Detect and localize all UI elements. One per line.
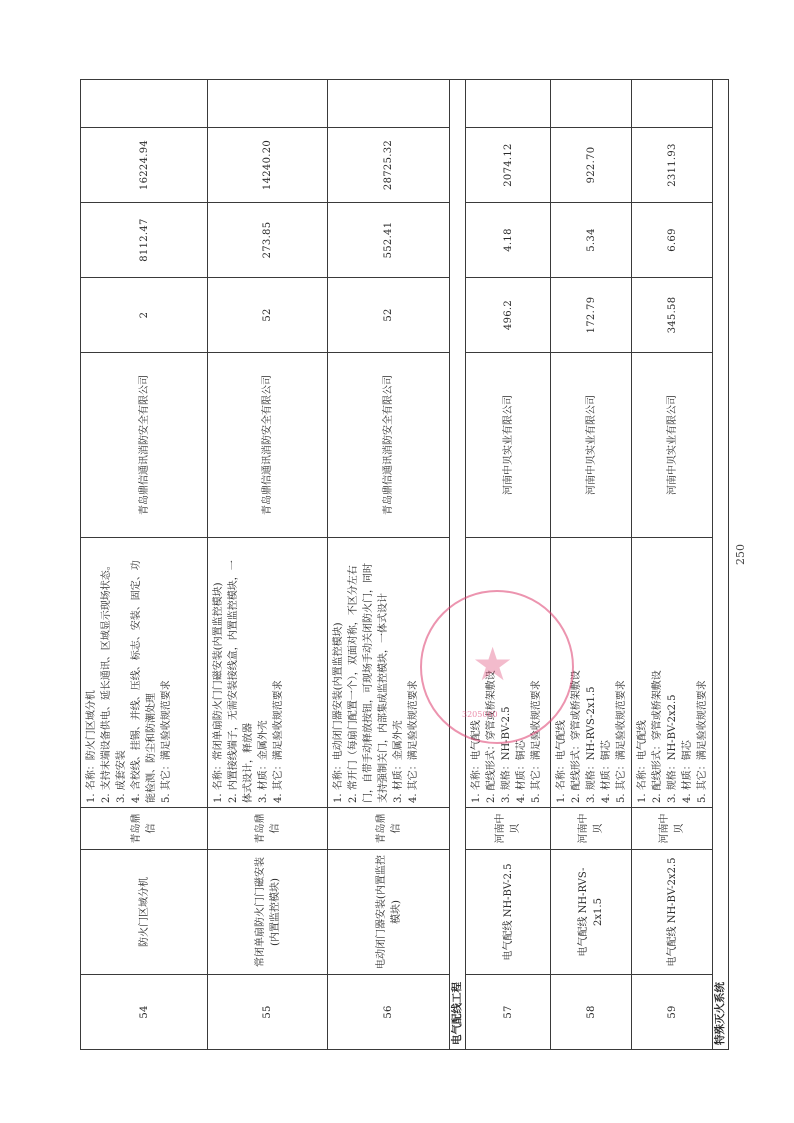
item-number: 57 xyxy=(466,975,551,1050)
item-brand: 青岛鼎信 xyxy=(208,808,328,850)
item-remark xyxy=(328,80,450,128)
item-total: 2074.12 xyxy=(466,128,551,203)
spec-line: 1. 名称：电气配线 xyxy=(469,542,484,803)
spec-line: 5. 其它：满足验收规范要求 xyxy=(695,542,710,803)
item-number: 55 xyxy=(208,975,328,1050)
section-title-special: 特殊灭火系统 xyxy=(713,80,729,1050)
spec-line: 3. 规格：NH-RVS-2x1.5 xyxy=(584,542,599,803)
item-spec: 1. 名称：常闭单扇防火门门磁安装(内置监控模块)2. 内置接线端子，无需安装接… xyxy=(208,538,328,808)
spec-line: 5. 其它：满足验收规范要求 xyxy=(159,542,174,803)
item-unit-price: 5.34 xyxy=(551,203,632,278)
item-quantity: 2 xyxy=(81,278,208,353)
item-spec: 1. 名称：防火门区域分机2. 支持末端设备供电、延长通讯、区域显示现场状态。3… xyxy=(81,538,208,808)
spec-line: 4. 其它：满足验收规范要求 xyxy=(406,542,421,803)
item-unit-price: 8112.47 xyxy=(81,203,208,278)
spec-line: 5. 其它：满足验收规范要求 xyxy=(614,542,629,803)
item-quantity: 172.79 xyxy=(551,278,632,353)
spec-line: 1. 名称：防火门区域分机 xyxy=(84,542,99,803)
table-row: 56电动闭门器安装(内置监控模块)青岛鼎信1. 名称：电动闭门器安装(内置监控模… xyxy=(328,80,450,1050)
item-quantity: 52 xyxy=(328,278,450,353)
item-remark xyxy=(632,80,713,128)
rotated-document-sheet: 54防火门区域分机青岛鼎信1. 名称：防火门区域分机2. 支持末端设备供电、延长… xyxy=(80,80,686,1050)
spec-line: 1. 名称：常闭单扇防火门门磁安装(内置监控模块) xyxy=(211,542,226,803)
item-brand: 河南中贝 xyxy=(551,808,632,850)
item-brand: 河南中贝 xyxy=(466,808,551,850)
spec-line: 3. 材质：金属外壳 xyxy=(391,542,406,803)
item-name: 电动闭门器安装(内置监控模块) xyxy=(328,850,450,975)
spec-line: 4. 材质：铜芯 xyxy=(680,542,695,803)
item-name: 电气配线 NH-RVS-2x1.5 xyxy=(551,850,632,975)
item-total: 922.70 xyxy=(551,128,632,203)
item-spec: 1. 名称：电动闭门器安装(内置监控模块)2. 常开门（每扇门配置一个），双面对… xyxy=(328,538,450,808)
spec-line: 5. 其它：满足验收规范要求 xyxy=(529,542,544,803)
item-quantity: 52 xyxy=(208,278,328,353)
spec-line: 2. 配线形式：穿管或桥架敷设 xyxy=(569,542,584,803)
item-name: 电气配线 NH-BV-2.5 xyxy=(466,850,551,975)
section-row-special: 特殊灭火系统 xyxy=(713,80,729,1050)
item-remark xyxy=(551,80,632,128)
spec-line: 1. 名称：电气配线 xyxy=(635,542,650,803)
item-unit-price: 4.18 xyxy=(466,203,551,278)
table-row: 54防火门区域分机青岛鼎信1. 名称：防火门区域分机2. 支持末端设备供电、延长… xyxy=(81,80,208,1050)
spec-line: 2. 配线形式：穿管或桥架敷设 xyxy=(650,542,665,803)
item-total: 28725.32 xyxy=(328,128,450,203)
item-unit-price: 6.69 xyxy=(632,203,713,278)
item-name: 常闭单扇防火门门磁安装(内置监控模块) xyxy=(208,850,328,975)
spec-line: 1. 名称：电气配线 xyxy=(554,542,569,803)
spec-line: 能检测、防尘和防潮处理 xyxy=(144,542,159,803)
spec-line: 3. 材质：金属外壳 xyxy=(256,542,271,803)
item-supplier: 河南中贝实业有限公司 xyxy=(632,353,713,538)
spec-line: 4. 含校线、挂锡、并线、压线、标志、安装、固定、功 xyxy=(129,542,144,803)
spec-line: 门，自带手动释放按钮，可现场手动关闭防火门，同时 xyxy=(361,542,376,803)
spec-line: 3. 规格：NH-BV-2x2.5 xyxy=(665,542,680,803)
item-total: 2311.93 xyxy=(632,128,713,203)
spec-line: 2. 内置接线端子，无需安装接线盒，内置监控模块，一 xyxy=(226,542,241,803)
section-title-electrical: 电气配线工程 xyxy=(450,80,466,1050)
spec-line: 4. 其它：满足验收规范要求 xyxy=(271,542,286,803)
item-remark xyxy=(466,80,551,128)
item-supplier: 青岛鼎信通讯消防安全有限公司 xyxy=(81,353,208,538)
spec-line: 4. 材质：铜芯 xyxy=(599,542,614,803)
item-remark xyxy=(208,80,328,128)
spec-line: 支持强制关门，内部集成监控模块，一体式设计 xyxy=(376,542,391,803)
item-unit-price: 552.41 xyxy=(328,203,450,278)
item-number: 56 xyxy=(328,975,450,1050)
item-supplier: 青岛鼎信通讯消防安全有限公司 xyxy=(328,353,450,538)
item-quantity: 345.58 xyxy=(632,278,713,353)
item-name: 防火门区域分机 xyxy=(81,850,208,975)
item-brand: 青岛鼎信 xyxy=(81,808,208,850)
item-supplier: 河南中贝实业有限公司 xyxy=(466,353,551,538)
item-number: 54 xyxy=(81,975,208,1050)
item-number: 58 xyxy=(551,975,632,1050)
item-spec: 1. 名称：电气配线2. 配线形式：穿管或桥架敷设3. 规格：NH-BV-2x2… xyxy=(632,538,713,808)
table-row: 59电气配线 NH-BV-2x2.5河南中贝1. 名称：电气配线2. 配线形式：… xyxy=(632,80,713,1050)
item-total: 14240.20 xyxy=(208,128,328,203)
item-name: 电气配线 NH-BV-2x2.5 xyxy=(632,850,713,975)
table-row: 55常闭单扇防火门门磁安装(内置监控模块)青岛鼎信1. 名称：常闭单扇防火门门磁… xyxy=(208,80,328,1050)
spec-line: 3. 成套安装 xyxy=(114,542,129,803)
spec-line: 2. 支持末端设备供电、延长通讯、区域显示现场状态。 xyxy=(99,542,114,803)
item-brand: 青岛鼎信 xyxy=(328,808,450,850)
item-spec: 1. 名称：电气配线2. 配线形式：穿管或桥架敷设3. 规格：NH-RVS-2x… xyxy=(551,538,632,808)
spec-line: 2. 常开门（每扇门配置一个），双面对称，不区分左右 xyxy=(346,542,361,803)
table-row: 58电气配线 NH-RVS-2x1.5河南中贝1. 名称：电气配线2. 配线形式… xyxy=(551,80,632,1050)
spec-line: 体式设计，释放器 xyxy=(241,542,256,803)
table-row: 57电气配线 NH-BV-2.5河南中贝1. 名称：电气配线2. 配线形式：穿管… xyxy=(466,80,551,1050)
spec-line: 4. 材质：铜芯 xyxy=(514,542,529,803)
spec-line: 2. 配线形式：穿管或桥架敷设 xyxy=(484,542,499,803)
item-number: 59 xyxy=(632,975,713,1050)
bill-of-quantities-table: 54防火门区域分机青岛鼎信1. 名称：防火门区域分机2. 支持末端设备供电、延长… xyxy=(80,79,729,1050)
page-number: 250 xyxy=(734,544,747,565)
item-supplier: 青岛鼎信通讯消防安全有限公司 xyxy=(208,353,328,538)
section-row-electrical: 电气配线工程 xyxy=(450,80,466,1050)
item-unit-price: 273.85 xyxy=(208,203,328,278)
item-supplier: 河南中贝实业有限公司 xyxy=(551,353,632,538)
item-brand: 河南中贝 xyxy=(632,808,713,850)
item-remark xyxy=(81,80,208,128)
spec-line: 3. 规格：NH-BV-2.5 xyxy=(499,542,514,803)
item-total: 16224.94 xyxy=(81,128,208,203)
item-spec: 1. 名称：电气配线2. 配线形式：穿管或桥架敷设3. 规格：NH-BV-2.5… xyxy=(466,538,551,808)
spec-line: 1. 名称：电动闭门器安装(内置监控模块) xyxy=(331,542,346,803)
item-quantity: 496.2 xyxy=(466,278,551,353)
